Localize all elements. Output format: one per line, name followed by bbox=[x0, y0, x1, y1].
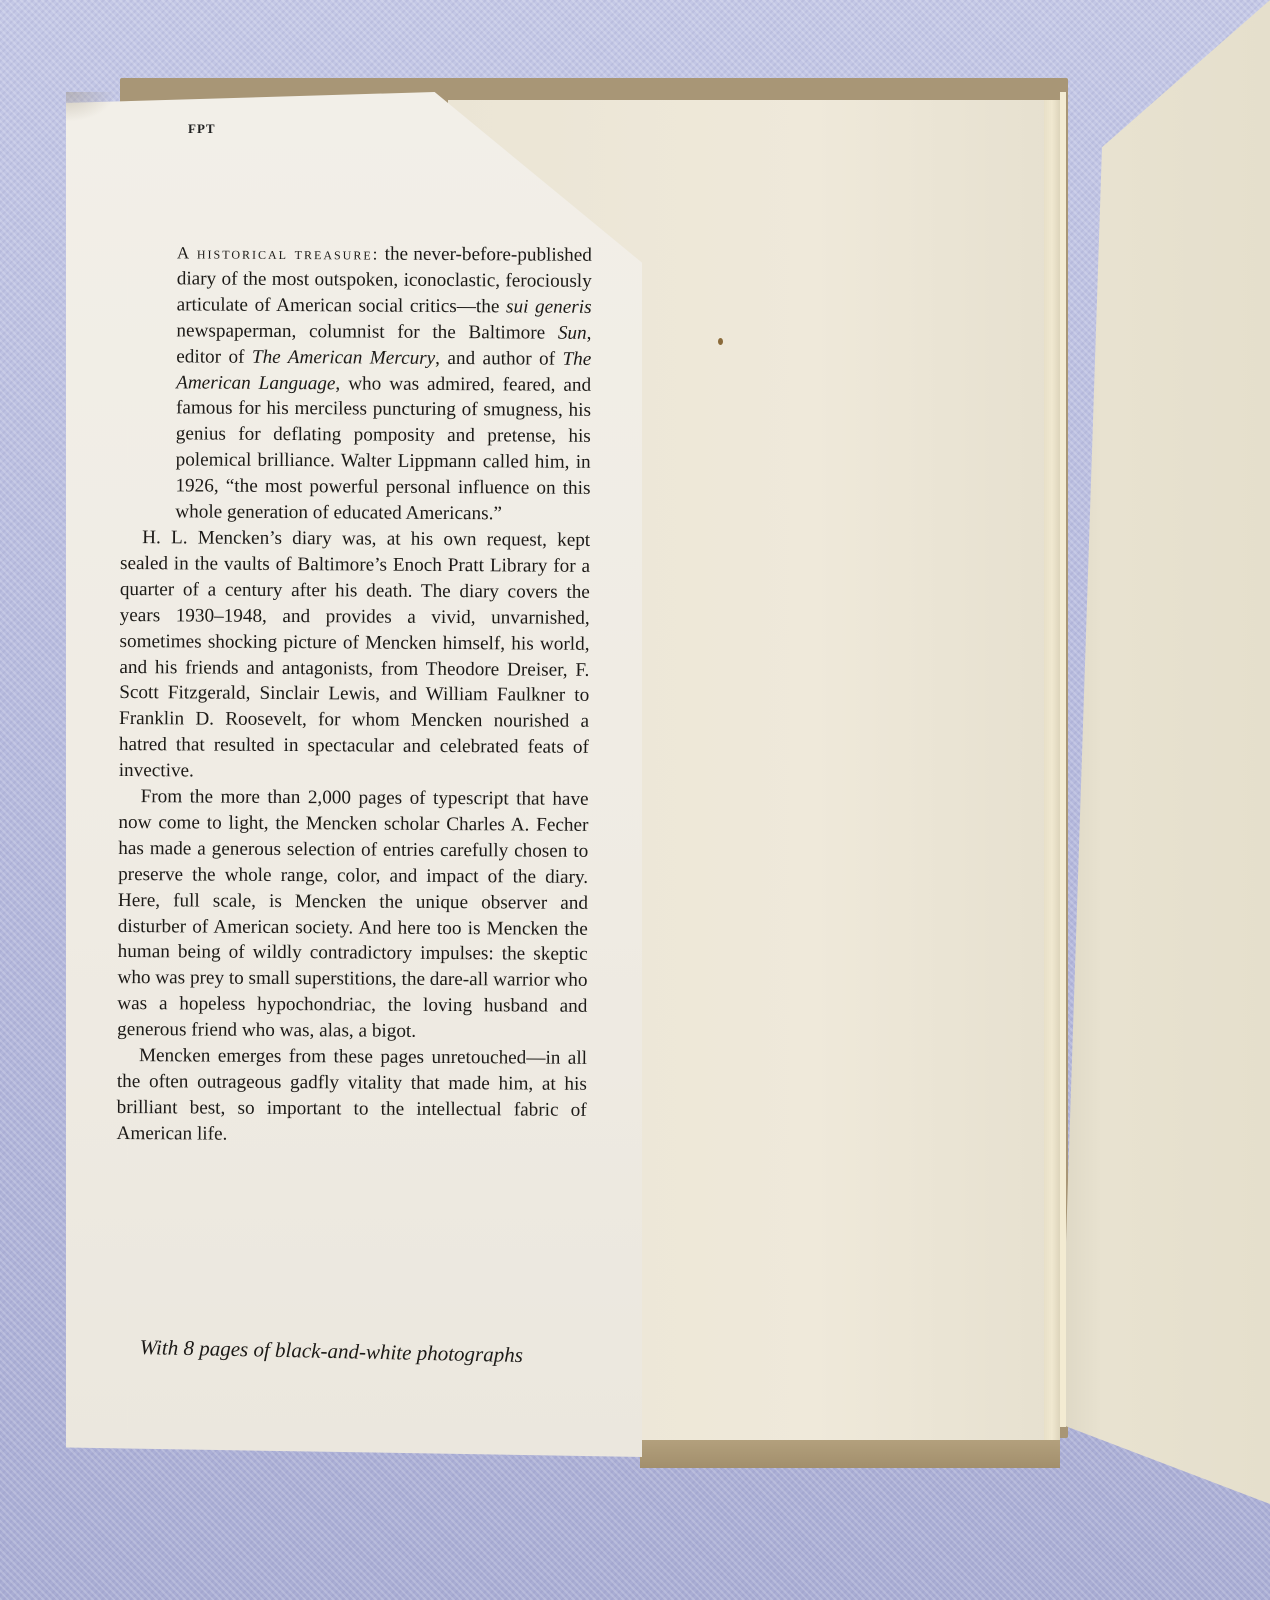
blurb-italic-magazine: The American Mercury bbox=[252, 346, 435, 368]
endpaper-hinge bbox=[1044, 100, 1060, 1440]
book-cloth-bottom-edge bbox=[640, 1440, 1060, 1468]
blurb-paragraph-4: Mencken emerges from these pages unretou… bbox=[116, 1043, 587, 1149]
flap-worn-corner bbox=[66, 92, 116, 122]
blurb-text: , who was admired, feared, and famous fo… bbox=[175, 373, 591, 525]
blurb-lede: A historical treasure: bbox=[177, 243, 380, 263]
flap-blurb: A historical treasure: the never-before-… bbox=[116, 240, 592, 1150]
blurb-text: newspaperman, columnist for the Baltimor… bbox=[176, 320, 558, 343]
blurb-italic-newspaper: Sun bbox=[558, 322, 587, 343]
blurb-paragraph-1: A historical treasure: the never-before-… bbox=[120, 240, 592, 528]
blurb-paragraph-3: From the more than 2,000 pages of typesc… bbox=[117, 784, 589, 1046]
page-edge bbox=[1060, 92, 1066, 1427]
blurb-paragraph-2: H. L. Mencken’s diary was, at his own re… bbox=[119, 525, 591, 787]
blurb-italic-term: sui generis bbox=[506, 296, 592, 318]
publisher-code: FPT bbox=[188, 121, 216, 137]
blurb-text: , and author of bbox=[435, 348, 562, 370]
facing-page bbox=[1060, 0, 1270, 1600]
ink-spot bbox=[718, 338, 723, 345]
